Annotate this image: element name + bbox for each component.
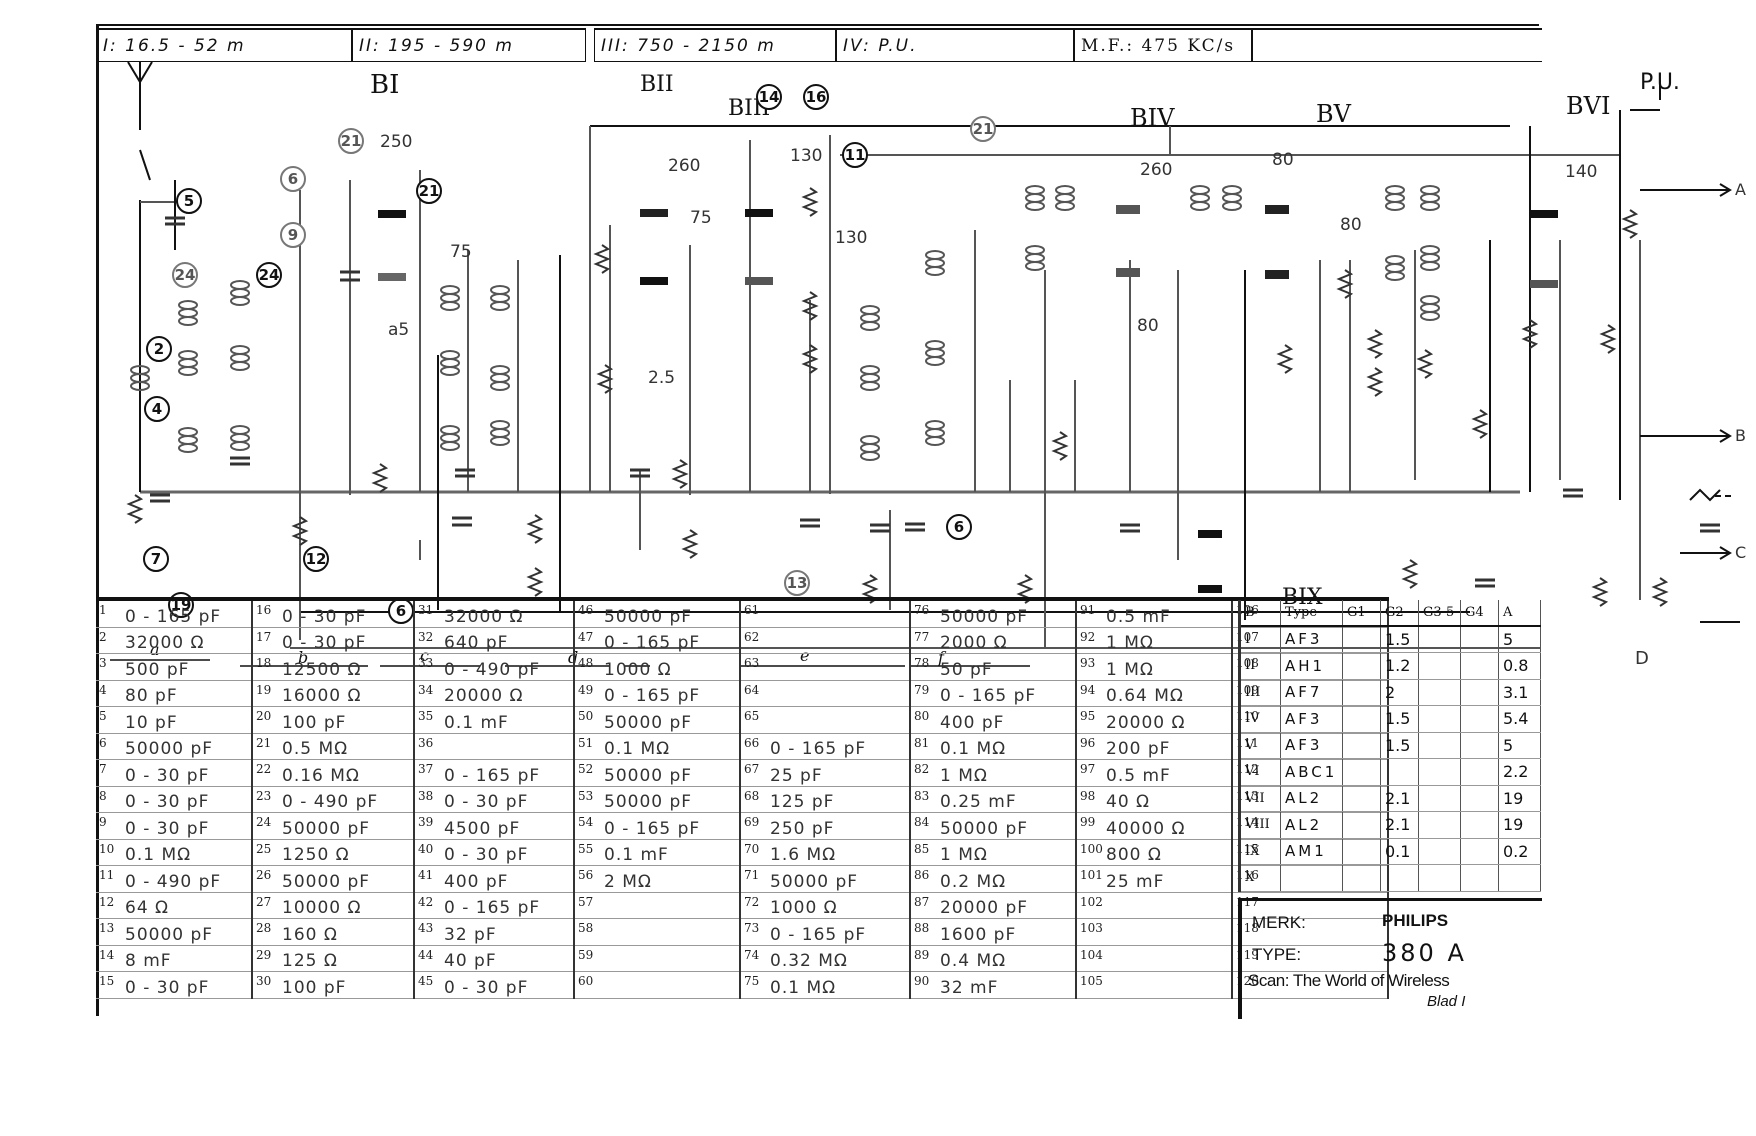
brand-label: MERK: — [1252, 913, 1306, 933]
parts-row: 2710000 Ω — [253, 893, 413, 920]
tube-cell-type: AF3 — [1281, 706, 1343, 732]
tube-cell-g1 — [1343, 653, 1381, 679]
tube-table-header: BTypeG1G2G3-5G4A — [1241, 600, 1541, 627]
part-value: 0 - 165 pF — [766, 739, 866, 759]
voltage-label: 80 — [1137, 316, 1159, 336]
part-number: 32 — [415, 628, 440, 644]
part-value: 100 pF — [278, 978, 346, 998]
part-number: 49 — [575, 681, 600, 697]
tube-cell-g4 — [1461, 839, 1499, 865]
parts-column: 4650000 pF470 - 165 pF481000 Ω490 - 165 … — [575, 601, 741, 999]
voltage-label: 130 — [835, 228, 867, 248]
parts-row: 480 pF — [96, 681, 251, 708]
part-number: 5 — [96, 707, 121, 723]
part-value: 125 pF — [766, 792, 834, 812]
tube-cell-g1 — [1343, 627, 1381, 653]
part-value: 50000 pF — [600, 792, 692, 812]
part-value: 80 pF — [121, 686, 178, 706]
part-number: 44 — [415, 946, 440, 962]
parts-row: 8450000 pF — [911, 813, 1075, 840]
tube-cell-a: 0.8 — [1499, 653, 1541, 679]
part-value: 1 MΩ — [936, 845, 988, 865]
tube-cell-g35 — [1419, 759, 1461, 785]
tube-cell-b: V — [1241, 733, 1281, 759]
parts-row: 481000 Ω — [575, 654, 739, 681]
part-value: 0 - 165 pF — [600, 633, 700, 653]
part-number: 79 — [911, 681, 936, 697]
parts-row: 58 — [575, 919, 739, 946]
tube-cell-g35 — [1419, 812, 1461, 838]
parts-row: 20100 pF — [253, 707, 413, 734]
tube-cell-a: 2.2 — [1499, 759, 1541, 785]
part-number: 64 — [741, 681, 766, 697]
part-value: 640 pF — [440, 633, 508, 653]
parts-row: 10125 mF — [1077, 866, 1231, 893]
part-value: 400 pF — [936, 713, 1004, 733]
tube-cell-g2: 1.5 — [1381, 733, 1419, 759]
tube-cell-g1 — [1343, 865, 1381, 891]
part-number: 104 — [1077, 946, 1102, 962]
part-value: 0.5 MΩ — [278, 739, 348, 759]
tube-cell-b: II — [1241, 653, 1281, 679]
parts-row: 60 — [575, 972, 739, 999]
part-value: 20000 Ω — [440, 686, 523, 706]
part-value: 50000 pF — [600, 766, 692, 786]
parts-row: 7850 pF — [911, 654, 1075, 681]
parts-row: 59 — [575, 946, 739, 973]
parts-row: 57 — [575, 893, 739, 920]
part-value: 40000 Ω — [1102, 819, 1185, 839]
tube-cell-a: 0.2 — [1499, 839, 1541, 865]
node-ref: 16 — [803, 84, 829, 110]
part-value: 2 MΩ — [600, 872, 652, 892]
tube-table: BTypeG1G2G3-5G4AIAF31.55IIAH11.20.8IIIAF… — [1238, 600, 1541, 892]
tube-cell-g1 — [1343, 786, 1381, 812]
parts-row: 29125 Ω — [253, 946, 413, 973]
parts-row: 650000 pF — [96, 734, 251, 761]
scan-credit: Scan: The World of Wireless — [1248, 971, 1449, 991]
parts-row: 80 - 30 pF — [96, 787, 251, 814]
part-number: 40 — [415, 840, 440, 856]
part-value: 50000 pF — [121, 739, 213, 759]
part-number: 24 — [253, 813, 278, 829]
part-number: 39 — [415, 813, 440, 829]
parts-row: 68125 pF — [741, 787, 909, 814]
part-number: 68 — [741, 787, 766, 803]
part-number: 19 — [253, 681, 278, 697]
parts-row: 64 — [741, 681, 909, 708]
part-number: 78 — [911, 654, 936, 670]
tube-row: IIAH11.20.8 — [1241, 653, 1541, 680]
tube-cell-g4 — [1461, 627, 1499, 653]
part-value: 0.1 mF — [440, 713, 509, 733]
parts-row: 890.4 MΩ — [911, 946, 1075, 973]
part-value: 250 pF — [766, 819, 834, 839]
part-value: 0 - 30 pF — [440, 978, 528, 998]
part-value: 0.4 MΩ — [936, 951, 1006, 971]
part-value: 500 pF — [121, 660, 189, 680]
part-value: 0.2 MΩ — [936, 872, 1006, 892]
tube-cell-g2: 2.1 — [1381, 812, 1419, 838]
voltage-label: 75 — [690, 208, 712, 228]
parts-row: 6725 pF — [741, 760, 909, 787]
tube-cell-b: IX — [1241, 839, 1281, 865]
part-value: 1250 Ω — [278, 845, 350, 865]
tube-cell-g35 — [1419, 680, 1461, 706]
part-number: 57 — [575, 893, 600, 909]
parts-row: 790 - 165 pF — [911, 681, 1075, 708]
part-value: 1 MΩ — [1102, 633, 1154, 653]
part-value: 0 - 165 pF — [600, 686, 700, 706]
part-value: 4500 pF — [440, 819, 520, 839]
parts-row: 540 - 165 pF — [575, 813, 739, 840]
parts-row: 102 — [1077, 893, 1231, 920]
parts-row: 1264 Ω — [96, 893, 251, 920]
parts-row: 394500 pF — [415, 813, 573, 840]
parts-row: 9840 Ω — [1077, 787, 1231, 814]
part-number: 33 — [415, 654, 440, 670]
parts-row: 370 - 165 pF — [415, 760, 573, 787]
tube-cell-a: 5 — [1499, 627, 1541, 653]
part-number: 10 — [96, 840, 121, 856]
part-number: 75 — [741, 972, 766, 988]
parts-row: 148 mF — [96, 946, 251, 973]
part-value: 0.1 mF — [600, 845, 669, 865]
part-value: 50000 pF — [936, 607, 1028, 627]
tube-cell-g4 — [1461, 786, 1499, 812]
tube-cell-g4 — [1461, 680, 1499, 706]
part-number: 12 — [96, 893, 121, 909]
part-value: 0 - 165 pF — [440, 766, 540, 786]
part-number: 22 — [253, 760, 278, 776]
parts-column: 910.5 mF921 MΩ931 MΩ940.64 MΩ9520000 Ω96… — [1077, 601, 1233, 999]
part-number: 97 — [1077, 760, 1102, 776]
part-number: 46 — [575, 601, 600, 617]
part-number: 77 — [911, 628, 936, 644]
part-number: 95 — [1077, 707, 1102, 723]
node-ref: 13 — [784, 570, 810, 596]
tube-cell-g4 — [1461, 759, 1499, 785]
tube-cell-type: AM1 — [1281, 839, 1343, 865]
part-number: 53 — [575, 787, 600, 803]
voltage-label: 75 — [450, 242, 472, 262]
part-value: 8 mF — [121, 951, 172, 971]
tube-cell-g1 — [1343, 680, 1381, 706]
part-value: 50000 pF — [278, 819, 370, 839]
part-number: 73 — [741, 919, 766, 935]
part-value: 0.16 MΩ — [278, 766, 360, 786]
tube-cell-g2: 1.5 — [1381, 706, 1419, 732]
part-number: 58 — [575, 919, 600, 935]
parts-row: 96200 pF — [1077, 734, 1231, 761]
tube-cell-type — [1281, 865, 1343, 891]
part-value: 1000 Ω — [766, 898, 838, 918]
parts-row: 41400 pF — [415, 866, 573, 893]
parts-row: 8720000 pF — [911, 893, 1075, 920]
node-ref: 12 — [303, 546, 329, 572]
part-value: 160 Ω — [278, 925, 338, 945]
tube-cell-g35 — [1419, 786, 1461, 812]
tube-cell-g1 — [1343, 812, 1381, 838]
parts-row: 3500 pF — [96, 654, 251, 681]
part-value: 0.1 MΩ — [121, 845, 191, 865]
parts-row: 701.6 MΩ — [741, 840, 909, 867]
part-number: 20 — [253, 707, 278, 723]
part-number: 42 — [415, 893, 440, 909]
parts-row: 550.1 mF — [575, 840, 739, 867]
part-number: 7 — [96, 760, 121, 776]
parts-row: 61 — [741, 601, 909, 628]
part-number: 81 — [911, 734, 936, 750]
part-number: 86 — [911, 866, 936, 882]
part-number: 62 — [741, 628, 766, 644]
part-number: 98 — [1077, 787, 1102, 803]
part-number: 94 — [1077, 681, 1102, 697]
tube-cell-g35 — [1419, 865, 1461, 891]
part-value: 40 Ω — [1102, 792, 1150, 812]
node-ref: 21 — [416, 178, 442, 204]
tube-cell-g4 — [1461, 733, 1499, 759]
column-header: G4 — [1461, 600, 1499, 625]
part-number: 2 — [96, 628, 121, 644]
parts-row: 851 MΩ — [911, 840, 1075, 867]
node-ref: 14 — [756, 84, 782, 110]
parts-row: 1916000 Ω — [253, 681, 413, 708]
part-number: 52 — [575, 760, 600, 776]
part-number: 60 — [575, 972, 600, 988]
part-value: 125 Ω — [278, 951, 338, 971]
tube-cell-g2: 1.5 — [1381, 627, 1419, 653]
tube-cell-type: AL2 — [1281, 786, 1343, 812]
tube-cell-a — [1499, 865, 1541, 891]
part-number: 76 — [911, 601, 936, 617]
part-number: 8 — [96, 787, 121, 803]
part-number: 16 — [253, 601, 278, 617]
parts-row: 2450000 pF — [253, 813, 413, 840]
voltage-label: 2.5 — [648, 368, 675, 388]
parts-row: 63 — [741, 654, 909, 681]
voltage-label: 80 — [1272, 150, 1294, 170]
part-value: 25 mF — [1102, 872, 1164, 892]
parts-row: 90 - 30 pF — [96, 813, 251, 840]
tube-cell-b: VI — [1241, 759, 1281, 785]
part-value: 0 - 30 pF — [121, 766, 209, 786]
part-number: 101 — [1077, 866, 1102, 882]
part-value: 50000 pF — [600, 607, 692, 627]
parts-row: 881600 pF — [911, 919, 1075, 946]
part-value: 0.5 mF — [1102, 766, 1171, 786]
parts-row: 230 - 490 pF — [253, 787, 413, 814]
parts-row: 562 MΩ — [575, 866, 739, 893]
parts-row: 65 — [741, 707, 909, 734]
parts-row: 110 - 490 pF — [96, 866, 251, 893]
parts-row: 510.1 MΩ — [575, 734, 739, 761]
tube-cell-g4 — [1461, 812, 1499, 838]
parts-column: 10 - 165 pF232000 Ω3500 pF480 pF510 pF65… — [96, 601, 253, 999]
tube-cell-type: AF7 — [1281, 680, 1343, 706]
column-header: B — [1241, 600, 1281, 625]
tube-cell-g2: 2.1 — [1381, 786, 1419, 812]
parts-row: 210.5 MΩ — [253, 734, 413, 761]
parts-row: 860.2 MΩ — [911, 866, 1075, 893]
part-number: 72 — [741, 893, 766, 909]
tube-cell-g2 — [1381, 865, 1419, 891]
output-A: A — [1735, 180, 1746, 199]
parts-row: 10 - 165 pF — [96, 601, 251, 628]
part-value: 1600 pF — [936, 925, 1016, 945]
part-number: 41 — [415, 866, 440, 882]
parts-row: 100800 Ω — [1077, 840, 1231, 867]
part-value: 32 pF — [440, 925, 497, 945]
tube-cell-type: AL2 — [1281, 812, 1343, 838]
node-ref: 21 — [970, 116, 996, 142]
column-header: G1 — [1343, 600, 1381, 625]
part-number: 83 — [911, 787, 936, 803]
part-number: 26 — [253, 866, 278, 882]
parts-row: 721000 Ω — [741, 893, 909, 920]
part-value: 1000 Ω — [600, 660, 672, 680]
parts-row: 830.25 mF — [911, 787, 1075, 814]
tube-row: IIIAF723.1 — [1241, 680, 1541, 707]
tube-cell-g2: 2 — [1381, 680, 1419, 706]
part-value: 0.1 MΩ — [766, 978, 836, 998]
part-value: 0 - 30 pF — [440, 845, 528, 865]
part-value: 10000 Ω — [278, 898, 361, 918]
part-number: 29 — [253, 946, 278, 962]
part-value: 64 Ω — [121, 898, 169, 918]
parts-row: 36 — [415, 734, 573, 761]
part-value: 0.25 mF — [936, 792, 1017, 812]
parts-row: 70 - 30 pF — [96, 760, 251, 787]
part-number: 84 — [911, 813, 936, 829]
part-number: 14 — [96, 946, 121, 962]
parts-row: 921 MΩ — [1077, 628, 1231, 655]
node-ref: 6 — [280, 166, 306, 192]
part-number: 34 — [415, 681, 440, 697]
node-ref: 7 — [143, 546, 169, 572]
part-value: 0 - 490 pF — [121, 872, 221, 892]
parts-row: 660 - 165 pF — [741, 734, 909, 761]
part-number: 87 — [911, 893, 936, 909]
part-value: 0 - 30 pF — [440, 792, 528, 812]
part-value: 10 pF — [121, 713, 178, 733]
voltage-label: 260 — [1140, 160, 1172, 180]
tube-cell-g35 — [1419, 839, 1461, 865]
part-value: 0 - 490 pF — [278, 792, 378, 812]
part-number: 59 — [575, 946, 600, 962]
part-value: 0 - 165 pF — [600, 819, 700, 839]
part-number: 6 — [96, 734, 121, 750]
output-C: C — [1735, 543, 1746, 562]
parts-row: 150 - 30 pF — [96, 972, 251, 999]
part-value: 50000 pF — [766, 872, 858, 892]
parts-row: 105 — [1077, 972, 1231, 999]
parts-row: 931 MΩ — [1077, 654, 1231, 681]
column-header: G2 — [1381, 600, 1419, 625]
tube-cell-a: 5 — [1499, 733, 1541, 759]
tube-row: VIIAL22.119 — [1241, 786, 1541, 813]
part-number: 74 — [741, 946, 766, 962]
parts-row: 170 - 30 pF — [253, 628, 413, 655]
part-value: 50000 pF — [936, 819, 1028, 839]
node-ref: 4 — [144, 396, 170, 422]
parts-row: 350.1 mF — [415, 707, 573, 734]
parts-row: 30100 pF — [253, 972, 413, 999]
parts-row: 4650000 pF — [575, 601, 739, 628]
parts-row: 28160 Ω — [253, 919, 413, 946]
part-value: 2000 Ω — [936, 633, 1008, 653]
stage-label-BI: BI — [370, 70, 399, 100]
part-number: 63 — [741, 654, 766, 670]
parts-row: 420 - 165 pF — [415, 893, 573, 920]
tube-row: VAF31.55 — [1241, 733, 1541, 760]
parts-row: 750.1 MΩ — [741, 972, 909, 999]
part-number: 69 — [741, 813, 766, 829]
parts-row: 9520000 Ω — [1077, 707, 1231, 734]
part-number: 88 — [911, 919, 936, 935]
part-number: 38 — [415, 787, 440, 803]
column-header: Type — [1281, 600, 1343, 625]
part-number: 99 — [1077, 813, 1102, 829]
part-number: 30 — [253, 972, 278, 988]
column-header: A — [1499, 600, 1541, 625]
title-block: MERK: PHILIPS TYPE: 380 A Scan: The Worl… — [1238, 898, 1542, 1019]
tube-cell-type: AH1 — [1281, 653, 1343, 679]
part-number: 56 — [575, 866, 600, 882]
tube-row: IVAF31.55.4 — [1241, 706, 1541, 733]
part-number: 48 — [575, 654, 600, 670]
tube-cell-g4 — [1461, 653, 1499, 679]
part-value: 0 - 30 pF — [121, 819, 209, 839]
part-value: 100 pF — [278, 713, 346, 733]
tube-cell-a: 5.4 — [1499, 706, 1541, 732]
parts-row: 821 MΩ — [911, 760, 1075, 787]
part-value: 0 - 165 pF — [936, 686, 1036, 706]
tube-cell-g1 — [1343, 733, 1381, 759]
parts-row: 510 pF — [96, 707, 251, 734]
part-value: 32 mF — [936, 978, 998, 998]
parts-row: 104 — [1077, 946, 1231, 973]
part-number: 92 — [1077, 628, 1102, 644]
parts-row: 810.1 MΩ — [911, 734, 1075, 761]
type-value: 380 A — [1382, 939, 1467, 967]
parts-column: 160 - 30 pF170 - 30 pF1812500 Ω1916000 Ω… — [253, 601, 415, 999]
parts-row: 5250000 pF — [575, 760, 739, 787]
node-ref: 2 — [146, 336, 172, 362]
part-value: 0 - 165 pF — [121, 607, 221, 627]
node-ref: 5 — [176, 188, 202, 214]
parts-row: 970.5 mF — [1077, 760, 1231, 787]
voltage-label: 80 — [1340, 215, 1362, 235]
parts-row: 470 - 165 pF — [575, 628, 739, 655]
parts-row: 740.32 MΩ — [741, 946, 909, 973]
part-number: 36 — [415, 734, 440, 750]
node-ref: 24 — [172, 262, 198, 288]
part-number: 93 — [1077, 654, 1102, 670]
part-value: 0.64 MΩ — [1102, 686, 1184, 706]
part-value: 0 - 165 pF — [440, 898, 540, 918]
part-number: 103 — [1077, 919, 1102, 935]
part-number: 25 — [253, 840, 278, 856]
parts-row: 9032 mF — [911, 972, 1075, 999]
part-number: 67 — [741, 760, 766, 776]
voltage-label: 140 — [1565, 162, 1597, 182]
parts-row: 80400 pF — [911, 707, 1075, 734]
part-value: 1 MΩ — [936, 766, 988, 786]
tube-cell-g1 — [1343, 706, 1381, 732]
part-number: 85 — [911, 840, 936, 856]
part-value: 50000 pF — [600, 713, 692, 733]
